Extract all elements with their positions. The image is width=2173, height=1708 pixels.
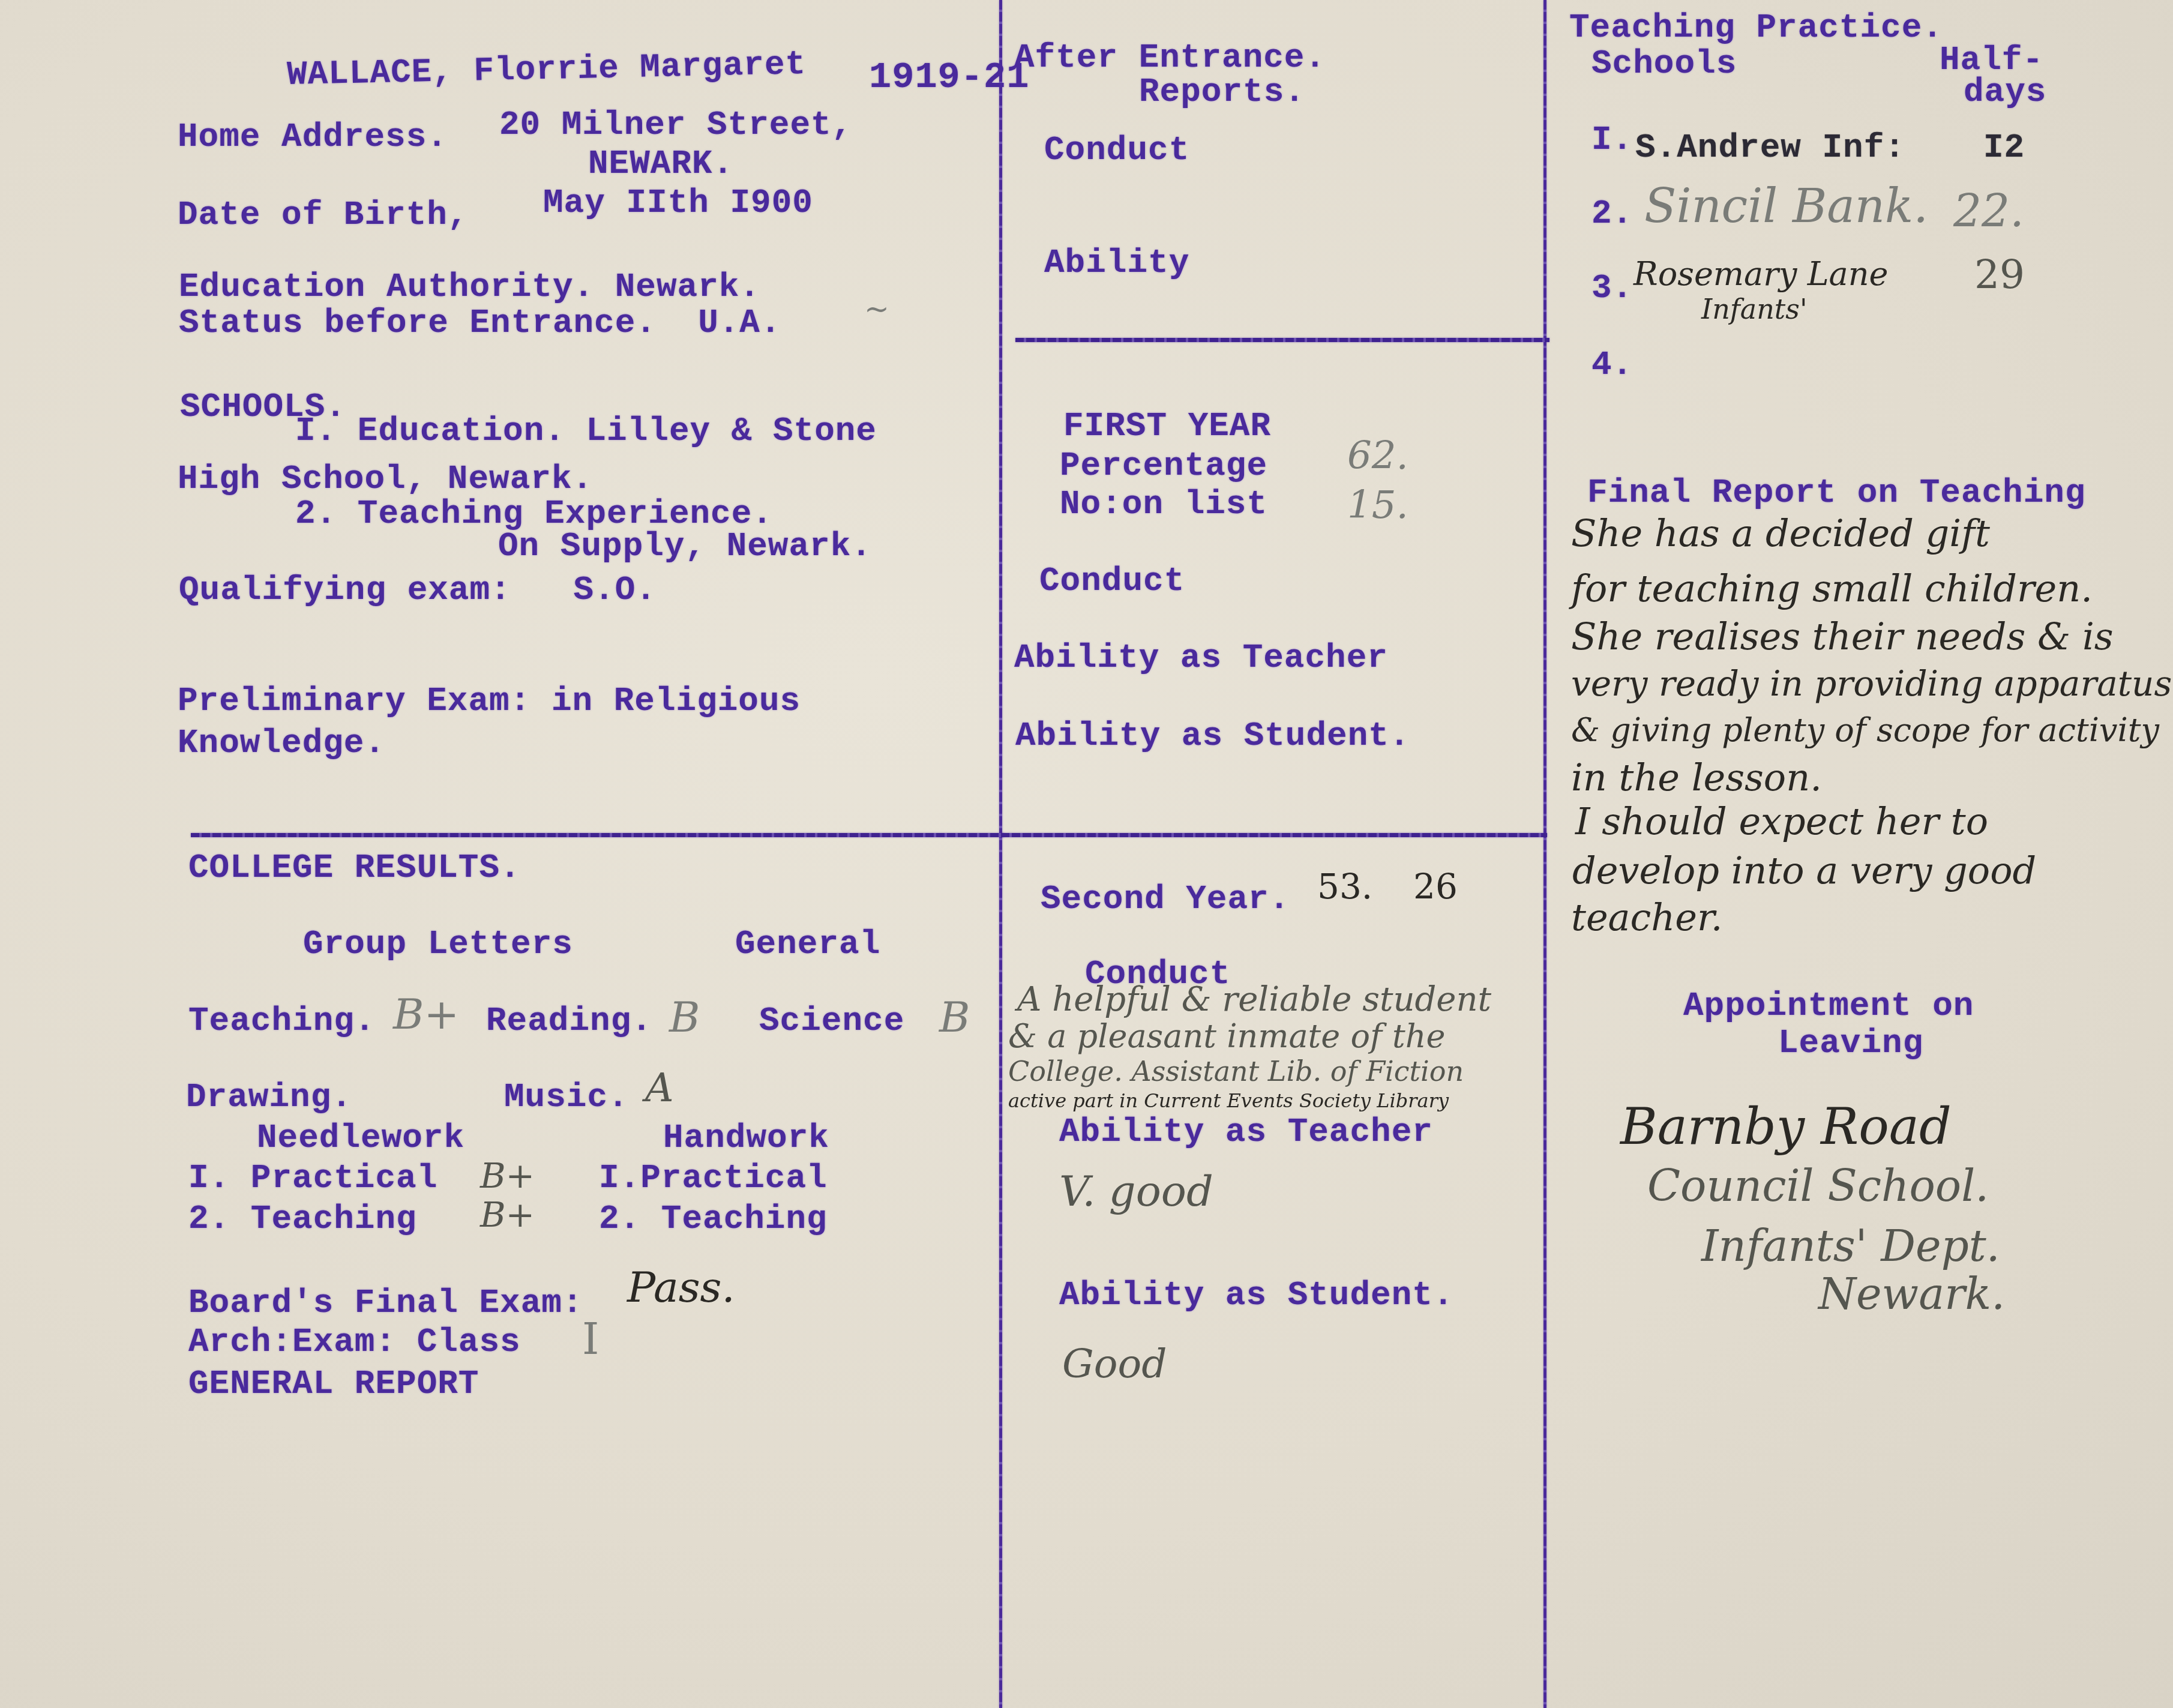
home-address-label: Home Address. <box>178 120 448 154</box>
college-results-heading: COLLEGE RESULTS. <box>188 851 521 885</box>
second-year-ability-student-label: Ability as Student. <box>1059 1278 1454 1312</box>
entry-number: 4. <box>1591 348 1633 382</box>
entry-school: Rosemary Lane <box>1634 258 1889 290</box>
home-address-line2: NEWARK. <box>588 147 733 181</box>
second-year-heading: Second Year. <box>1041 882 1290 916</box>
second-year-divider <box>1001 833 1547 837</box>
handwork-teaching-label: 2. Teaching <box>599 1202 828 1236</box>
column-divider-left <box>999 0 1002 1708</box>
teaching-grade: B+ <box>393 993 459 1035</box>
appointment-line-1: Barnby Road <box>1620 1101 1952 1152</box>
final-report-line-6: in the lesson. <box>1571 759 1822 796</box>
second-year-conduct-remark-4: active part in Current Events Society Li… <box>1008 1091 1449 1110</box>
entry-school: S.Andrew Inf: <box>1635 131 1905 164</box>
arch-exam-value: I <box>582 1317 599 1361</box>
reading-grade: B <box>669 996 700 1038</box>
final-report-line-9: teacher. <box>1571 899 1722 936</box>
handwork-label: Handwork <box>663 1121 829 1155</box>
needlework-practical-grade: B+ <box>480 1158 535 1193</box>
after-entrance-ability-label: Ability <box>1044 246 1189 280</box>
appointment-heading-line2: Leaving <box>1778 1026 1923 1060</box>
needlework-teaching-label: 2. Teaching <box>188 1202 417 1236</box>
entry-number: 3. <box>1591 271 1633 305</box>
second-year-conduct-remark-1: A helpful & reliable student <box>1017 983 1491 1017</box>
first-year-percentage-value: 62. <box>1347 437 1408 475</box>
qualifying-exam: Qualifying exam: S.O. <box>179 573 657 607</box>
dob-value: May IIth I900 <box>543 186 813 220</box>
first-year-no-on-list-value: 15. <box>1347 486 1408 525</box>
science-grade: B <box>939 996 970 1038</box>
final-report-heading: Final Report on Teaching <box>1587 476 2086 510</box>
final-report-line-8: develop into a very good <box>1572 852 2036 889</box>
status-before-entrance: Status before Entrance. U.A. <box>179 306 781 340</box>
second-year-percentage-value: 53. <box>1317 869 1372 904</box>
appointment-line-3: Infants' Dept. <box>1701 1224 2000 1267</box>
student-name: WALLACE, Florrie Margaret <box>287 47 807 92</box>
final-report-line-4: very ready in providing apparatus <box>1571 666 2172 701</box>
preliminary-exam-line2: Knowledge. <box>178 726 385 760</box>
schools-line3: 2. Teaching Experience. <box>295 497 773 531</box>
appointment-heading-line1: Appointment on <box>1683 989 1974 1023</box>
column-divider-right <box>1543 0 1546 1708</box>
first-year-no-on-list-label: No:on list <box>1060 487 1267 521</box>
entry-halfdays: 29 <box>1974 255 2025 295</box>
entry-school-line2: Infants' <box>1701 295 1808 323</box>
college-results-divider <box>191 833 1004 837</box>
final-report-line-1: She has a decided gift <box>1571 515 1990 552</box>
needlework-practical-label: I. Practical <box>188 1161 437 1195</box>
second-year-ability-teacher-label: Ability as Teacher <box>1059 1115 1433 1149</box>
handwork-practical-label: I.Practical <box>599 1161 828 1195</box>
music-grade: A <box>645 1068 674 1108</box>
final-report-line-7: I should expect her to <box>1575 803 1988 840</box>
after-entrance-heading-line1: After Entrance. <box>1014 41 1326 74</box>
second-year-no-on-list-value: 26 <box>1413 869 1458 904</box>
second-year-conduct-remark-2: & a pleasant inmate of the <box>1008 1020 1446 1053</box>
drawing-label: Drawing. <box>186 1080 352 1114</box>
arch-exam-label: Arch:Exam: Class <box>188 1325 521 1359</box>
needlework-label: Needlework <box>257 1121 464 1155</box>
teaching-practice-schools-label: Schools <box>1591 47 1737 80</box>
music-label: Music. <box>504 1080 629 1114</box>
teaching-practice-heading: Teaching Practice. <box>1569 11 1943 44</box>
entry-number: I. <box>1591 123 1633 157</box>
first-year-ability-teacher-label: Ability as Teacher <box>1014 641 1388 675</box>
needlework-teaching-grade: B+ <box>480 1197 535 1232</box>
first-year-conduct-label: Conduct <box>1039 564 1185 598</box>
entry-halfdays: 22. <box>1953 189 2024 233</box>
second-year-conduct-remark-3: College. Assistant Lib. of Fiction <box>1008 1057 1464 1085</box>
appointment-line-2: Council School. <box>1647 1164 1989 1207</box>
schools-line4: On Supply, Newark. <box>498 529 872 563</box>
after-entrance-conduct-label: Conduct <box>1044 133 1189 167</box>
home-address-line1: 20 Milner Street, <box>499 108 852 142</box>
dob-label: Date of Birth, <box>178 198 468 232</box>
general-report-label: GENERAL REPORT <box>188 1367 479 1401</box>
group-letters-label: Group Letters <box>303 927 573 961</box>
preliminary-exam-line1: Preliminary Exam: in Religious <box>178 684 801 718</box>
first-year-ability-student-label: Ability as Student. <box>1015 719 1410 753</box>
general-label: General <box>735 927 880 961</box>
reading-label: Reading. <box>486 1004 652 1038</box>
first-year-percentage-label: Percentage <box>1060 449 1267 483</box>
second-year-ability-teacher-value: V. good <box>1059 1170 1213 1212</box>
entry-school: Sincil Bank. <box>1644 183 1928 230</box>
attendance-years: 1919-21 <box>869 59 1029 96</box>
first-year-heading: FIRST YEAR <box>1063 409 1271 443</box>
entry-number: 2. <box>1591 197 1633 230</box>
entry-halfdays: I2 <box>1983 131 2025 164</box>
schools-line2: High School, Newark. <box>178 462 593 496</box>
final-report-line-3: She realises their needs & is <box>1571 618 2114 655</box>
schools-line1: I. Education. Lilley & Stone <box>295 414 877 448</box>
boards-final-exam-value: Pass. <box>627 1266 735 1308</box>
student-record-card: WALLACE, Florrie Margaret 1919-21 Home A… <box>0 0 2173 1708</box>
appointment-line-4: Newark. <box>1818 1272 2005 1316</box>
second-year-ability-student-value: Good <box>1062 1344 1167 1384</box>
teaching-label: Teaching. <box>188 1004 375 1038</box>
final-report-line-2: for teaching small children. <box>1571 570 2093 607</box>
status-dash-mark: ~ <box>864 294 889 324</box>
boards-final-exam-label: Board's Final Exam: <box>188 1286 583 1320</box>
teaching-practice-halfdays-label-1: Half- <box>1940 43 2043 77</box>
final-report-line-5: & giving plenty of scope for activity <box>1571 714 2159 747</box>
education-authority: Education Authority. Newark. <box>179 270 760 304</box>
after-entrance-divider <box>1015 338 1549 342</box>
science-label: Science <box>759 1004 904 1038</box>
after-entrance-heading-line2: Reports. <box>1139 75 1305 109</box>
teaching-practice-halfdays-label-2: days <box>1964 75 2046 109</box>
